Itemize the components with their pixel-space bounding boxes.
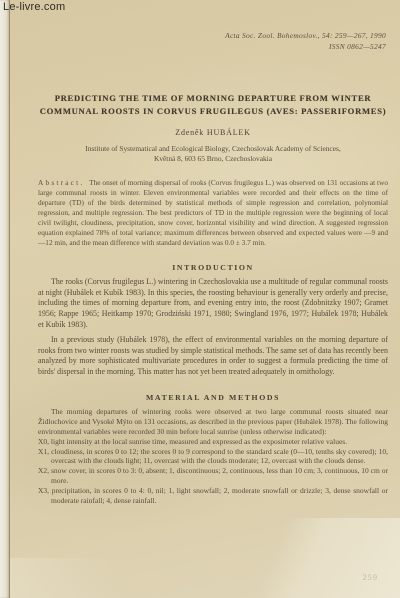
paper-title: PREDICTING THE TIME OF MORNING DEPARTURE… — [38, 92, 388, 117]
journal-issn: ISSN 0862—5247 — [38, 41, 386, 52]
variable-item-x2: X2, snow cover, in scores 0 to 3: 0, abs… — [38, 466, 388, 486]
methods-paragraph-1: The morning departures of wintering rook… — [38, 407, 388, 437]
affiliation: Institute of Systematical and Ecological… — [38, 144, 388, 165]
section-heading-introduction: INTRODUCTION — [38, 263, 388, 272]
abstract-label: Abstract. — [38, 178, 84, 187]
affiliation-line-2: Květná 8, 603 65 Brno, Czechoslovakia — [38, 154, 388, 164]
journal-citation: Acta Soc. Zool. Bohemoslov., 54: 259—267… — [38, 30, 386, 41]
variable-item-x1: X1, cloudiness, in scores 0 to 12; the s… — [38, 447, 388, 467]
page-number: 259 — [362, 573, 378, 582]
affiliation-line-1: Institute of Systematical and Ecological… — [38, 144, 388, 154]
variable-item-x0: X0, light intensity at the local sunrise… — [38, 437, 388, 447]
scanned-page: Le-livre.com Acta Soc. Zool. Bohemoslov.… — [0, 0, 400, 598]
journal-header: Acta Soc. Zool. Bohemoslov., 54: 259—267… — [38, 30, 388, 52]
page-content: Acta Soc. Zool. Bohemoslov., 54: 259—267… — [10, 0, 400, 598]
author-name: Zdeněk HUBÁLEK — [38, 128, 388, 137]
book-edge — [0, 0, 10, 598]
section-heading-material-methods: MATERIAL AND METHODS — [38, 393, 388, 402]
introduction-paragraph-1: The rooks (Corvus frugilegus L.) winteri… — [38, 277, 388, 330]
variable-item-x3: X3, precipitation, in scores 0 to 4: 0, … — [38, 486, 388, 506]
abstract: Abstract. The onset of morning dispersal… — [38, 178, 388, 248]
abstract-text: The onset of morning dispersal of rooks … — [38, 178, 388, 247]
introduction-paragraph-2: In a previous study (Hubálek 1978), the … — [38, 335, 388, 377]
